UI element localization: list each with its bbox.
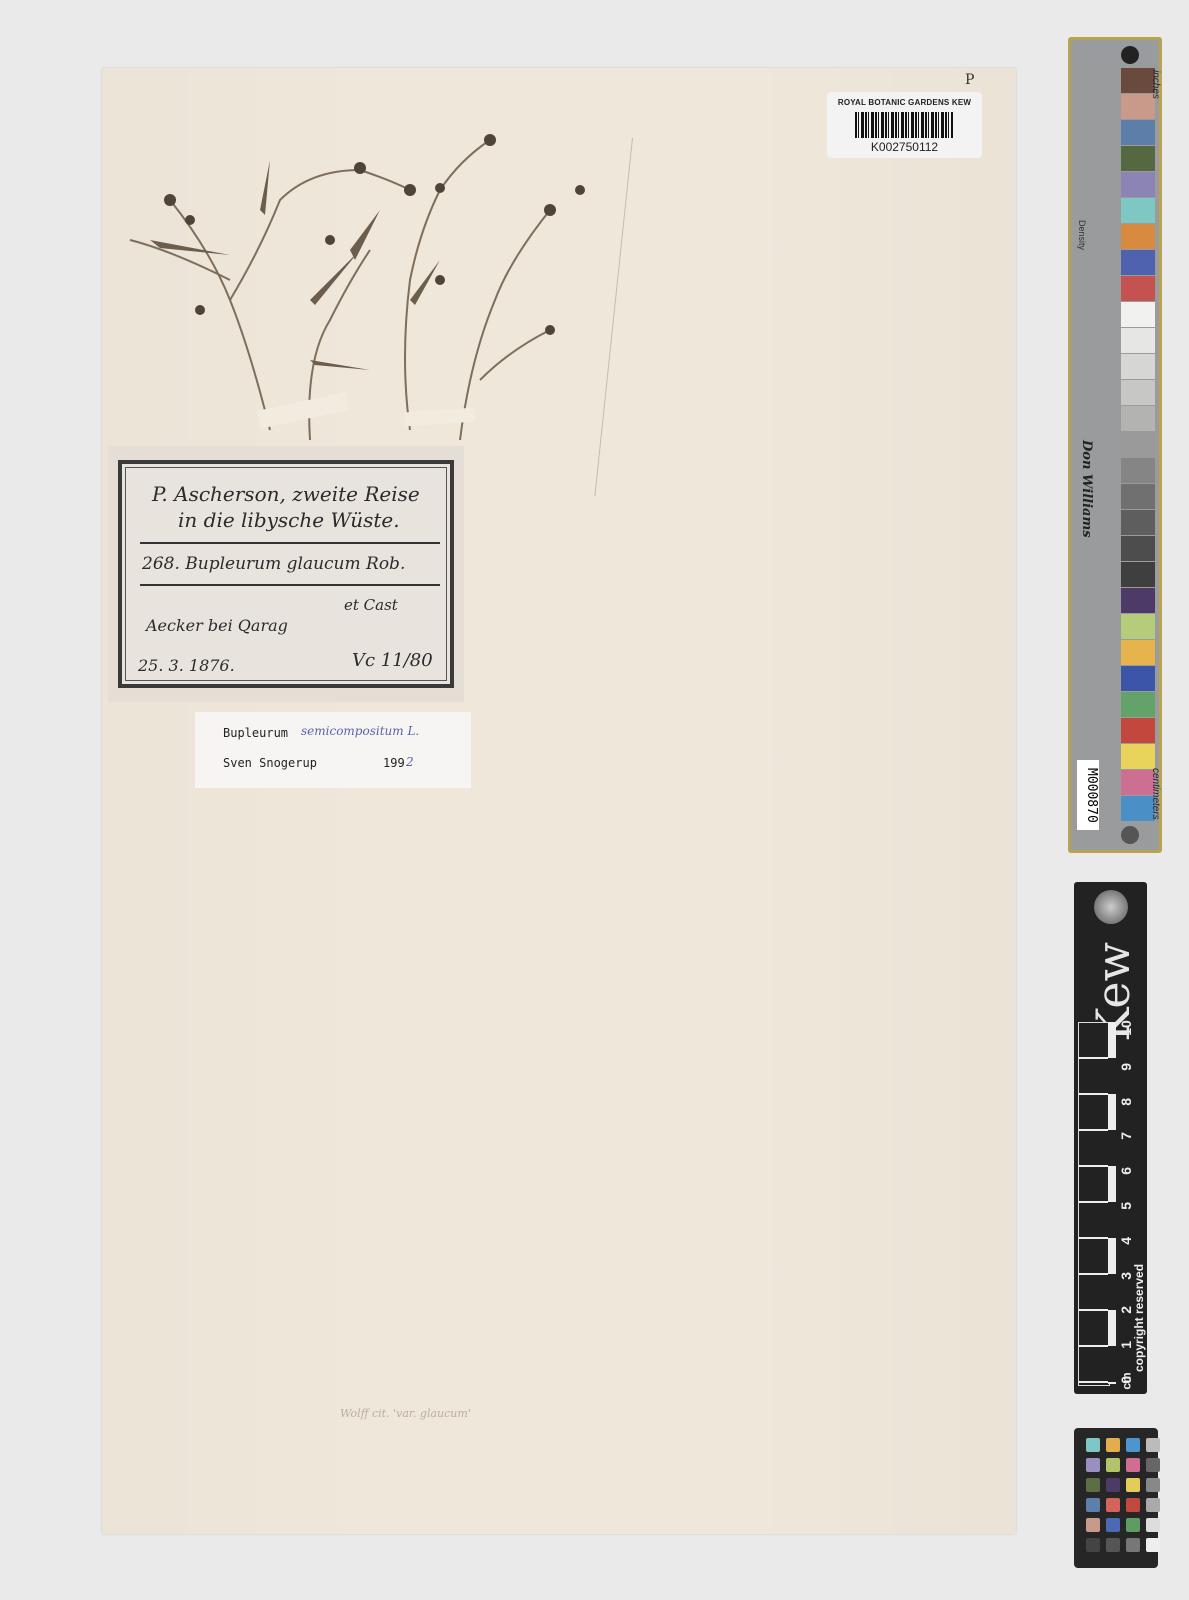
faint-pencil-annotation: Wolff cit. 'var. glaucum' — [340, 1407, 471, 1420]
label-frame: P. Ascherson, zweite Reise in die libysc… — [118, 460, 454, 688]
checker-patch — [1086, 1438, 1100, 1452]
color-checker-card — [1074, 1428, 1158, 1568]
genus: Bupleurum — [223, 726, 288, 740]
checker-patch — [1086, 1518, 1100, 1532]
color-patch — [1121, 718, 1155, 743]
locality: Aecker bei Qarag — [146, 616, 288, 635]
checker-patch — [1106, 1498, 1120, 1512]
color-patch — [1121, 510, 1155, 535]
checker-patch — [1126, 1498, 1140, 1512]
color-patch — [1121, 666, 1155, 691]
checker-patch — [1126, 1518, 1140, 1532]
color-patch — [1121, 432, 1155, 457]
divider — [140, 584, 440, 586]
color-patch — [1121, 536, 1155, 561]
kew-crest-icon — [1094, 890, 1128, 924]
checker-patch — [1106, 1458, 1120, 1472]
barcode-number: K002750112 — [827, 140, 982, 154]
pressed-plant-specimen — [110, 100, 630, 480]
color-patch — [1121, 562, 1155, 587]
color-patch — [1121, 120, 1155, 145]
checker-patch — [1126, 1538, 1140, 1552]
color-patch — [1121, 380, 1155, 405]
color-patch — [1121, 328, 1155, 353]
scale-blocks — [1078, 1022, 1110, 1386]
barcode-label: ROYAL BOTANIC GARDENS KEW K002750112 — [827, 92, 982, 158]
annotation: Vc 11/80 — [352, 650, 433, 671]
color-patch — [1121, 250, 1155, 275]
determination-label: Bupleurum semicompositum L. Sven Snogeru… — [195, 712, 471, 788]
centimeters-label: centimeters — [1150, 768, 1161, 820]
color-patch — [1121, 588, 1155, 613]
checker-patch — [1146, 1538, 1160, 1552]
color-patch — [1121, 276, 1155, 301]
inches-label: inches — [1150, 70, 1161, 99]
scale-blocks-offset — [1108, 1022, 1116, 1384]
museum-id: M000870 — [1077, 760, 1099, 830]
checker-patch — [1146, 1478, 1160, 1492]
checker-patch — [1086, 1458, 1100, 1472]
checker-patch — [1146, 1518, 1160, 1532]
collection-date: 25. 3. 1876. — [138, 656, 235, 675]
checker-patch — [1126, 1478, 1140, 1492]
color-patch — [1121, 224, 1155, 249]
ruler-hole — [1121, 826, 1139, 844]
color-ruler: inches centimeters Density Don Williams … — [1068, 37, 1162, 853]
color-checker-grid — [1086, 1438, 1160, 1552]
year-typed: 199 — [383, 756, 405, 770]
color-patch — [1121, 198, 1155, 223]
expedition-line-1: P. Ascherson, zweite Reise — [152, 482, 420, 506]
color-patch — [1121, 458, 1155, 483]
kew-scale-bar: Kew 012345678910 copyright reserved cm — [1074, 882, 1147, 1394]
color-patch — [1121, 692, 1155, 717]
copyright-text: copyright reserved — [1132, 1032, 1146, 1372]
year-handwritten: 2 — [406, 755, 414, 769]
checker-patch — [1126, 1438, 1140, 1452]
divider — [140, 542, 440, 544]
ruler-hole — [1121, 46, 1139, 64]
checker-patch — [1086, 1498, 1100, 1512]
color-patch — [1121, 406, 1155, 431]
checker-patch — [1146, 1498, 1160, 1512]
ruler-brand: Don Williams — [1079, 440, 1094, 538]
checker-patch — [1086, 1478, 1100, 1492]
checker-patch — [1086, 1538, 1100, 1552]
checker-patch — [1106, 1438, 1120, 1452]
color-patch — [1121, 172, 1155, 197]
checker-patch — [1126, 1458, 1140, 1472]
checker-patch — [1106, 1518, 1120, 1532]
authority-continuation: et Cast — [344, 596, 398, 614]
checker-patch — [1146, 1458, 1160, 1472]
color-patches — [1121, 68, 1155, 822]
color-patch — [1121, 354, 1155, 379]
checker-patch — [1146, 1438, 1160, 1452]
collector-label: P. Ascherson, zweite Reise in die libysc… — [108, 446, 464, 702]
color-patch — [1121, 302, 1155, 327]
barcode-graphic — [855, 112, 953, 138]
checker-patch — [1106, 1538, 1120, 1552]
density-label: Density — [1077, 220, 1087, 250]
color-patch — [1121, 640, 1155, 665]
color-patch — [1121, 744, 1155, 769]
corner-pencil-mark: P — [965, 72, 974, 88]
unit-label: cm — [1120, 1372, 1134, 1389]
expedition-line-2: in die libysche Wüste. — [178, 508, 400, 532]
checker-patch — [1106, 1478, 1120, 1492]
institution-name: ROYAL BOTANIC GARDENS KEW — [827, 98, 982, 107]
taxon-name: 268. Bupleurum glaucum Rob. — [142, 554, 405, 574]
color-patch — [1121, 146, 1155, 171]
color-patch — [1121, 484, 1155, 509]
determiner: Sven Snogerup — [223, 756, 317, 770]
color-patch — [1121, 614, 1155, 639]
species-handwritten: semicompositum L. — [301, 724, 419, 738]
